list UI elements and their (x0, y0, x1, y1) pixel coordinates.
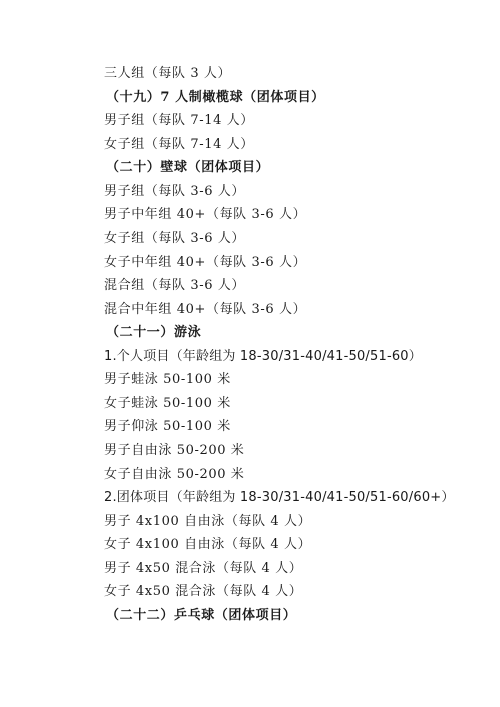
event-group-line: 女子组（每队 7-14 人） (104, 133, 464, 157)
event-line: 男子 4x100 自由泳（每队 4 人） (104, 510, 464, 534)
event-group-line: 男子组（每队 7-14 人） (104, 109, 464, 133)
event-line: 男子 4x50 混合泳（每队 4 人） (104, 557, 464, 581)
subsection-individual-events: 1.个人项目（年龄组为 18-30/31-40/41-50/51-60） (104, 345, 464, 369)
event-line: 女子 4x50 混合泳（每队 4 人） (104, 580, 464, 604)
event-group-line: 女子中年组 40+（每队 3-6 人） (104, 251, 464, 275)
event-line: 女子蛙泳 50-100 米 (104, 392, 464, 416)
event-group-line: 男子组（每队 3-6 人） (104, 180, 464, 204)
section-heading-squash: （二十）壁球（团体项目） (106, 156, 464, 180)
event-group-line: 混合组（每队 3-6 人） (104, 274, 464, 298)
event-line: 男子仰泳 50-100 米 (104, 415, 464, 439)
event-line: 男子蛙泳 50-100 米 (104, 368, 464, 392)
event-group-line: 男子中年组 40+（每队 3-6 人） (104, 203, 464, 227)
event-line: 男子自由泳 50-200 米 (104, 439, 464, 463)
section-heading-table-tennis: （二十二）乒乓球（团体项目） (106, 604, 464, 628)
document-page: 三人组（每队 3 人） （十九）7 人制橄榄球（团体项目） 男子组（每队 7-1… (104, 62, 464, 628)
event-group-line: 女子组（每队 3-6 人） (104, 227, 464, 251)
event-group-line: 混合中年组 40+（每队 3-6 人） (104, 298, 464, 322)
section-heading-rugby-7s: （十九）7 人制橄榄球（团体项目） (106, 86, 464, 110)
subsection-team-events: 2.团体项目（年龄组为 18-30/31-40/41-50/51-60/60+） (104, 486, 464, 510)
event-line: 女子 4x100 自由泳（每队 4 人） (104, 533, 464, 557)
event-group-line: 三人组（每队 3 人） (104, 62, 464, 86)
event-line: 女子自由泳 50-200 米 (104, 463, 464, 487)
section-heading-swimming: （二十一）游泳 (106, 321, 464, 345)
